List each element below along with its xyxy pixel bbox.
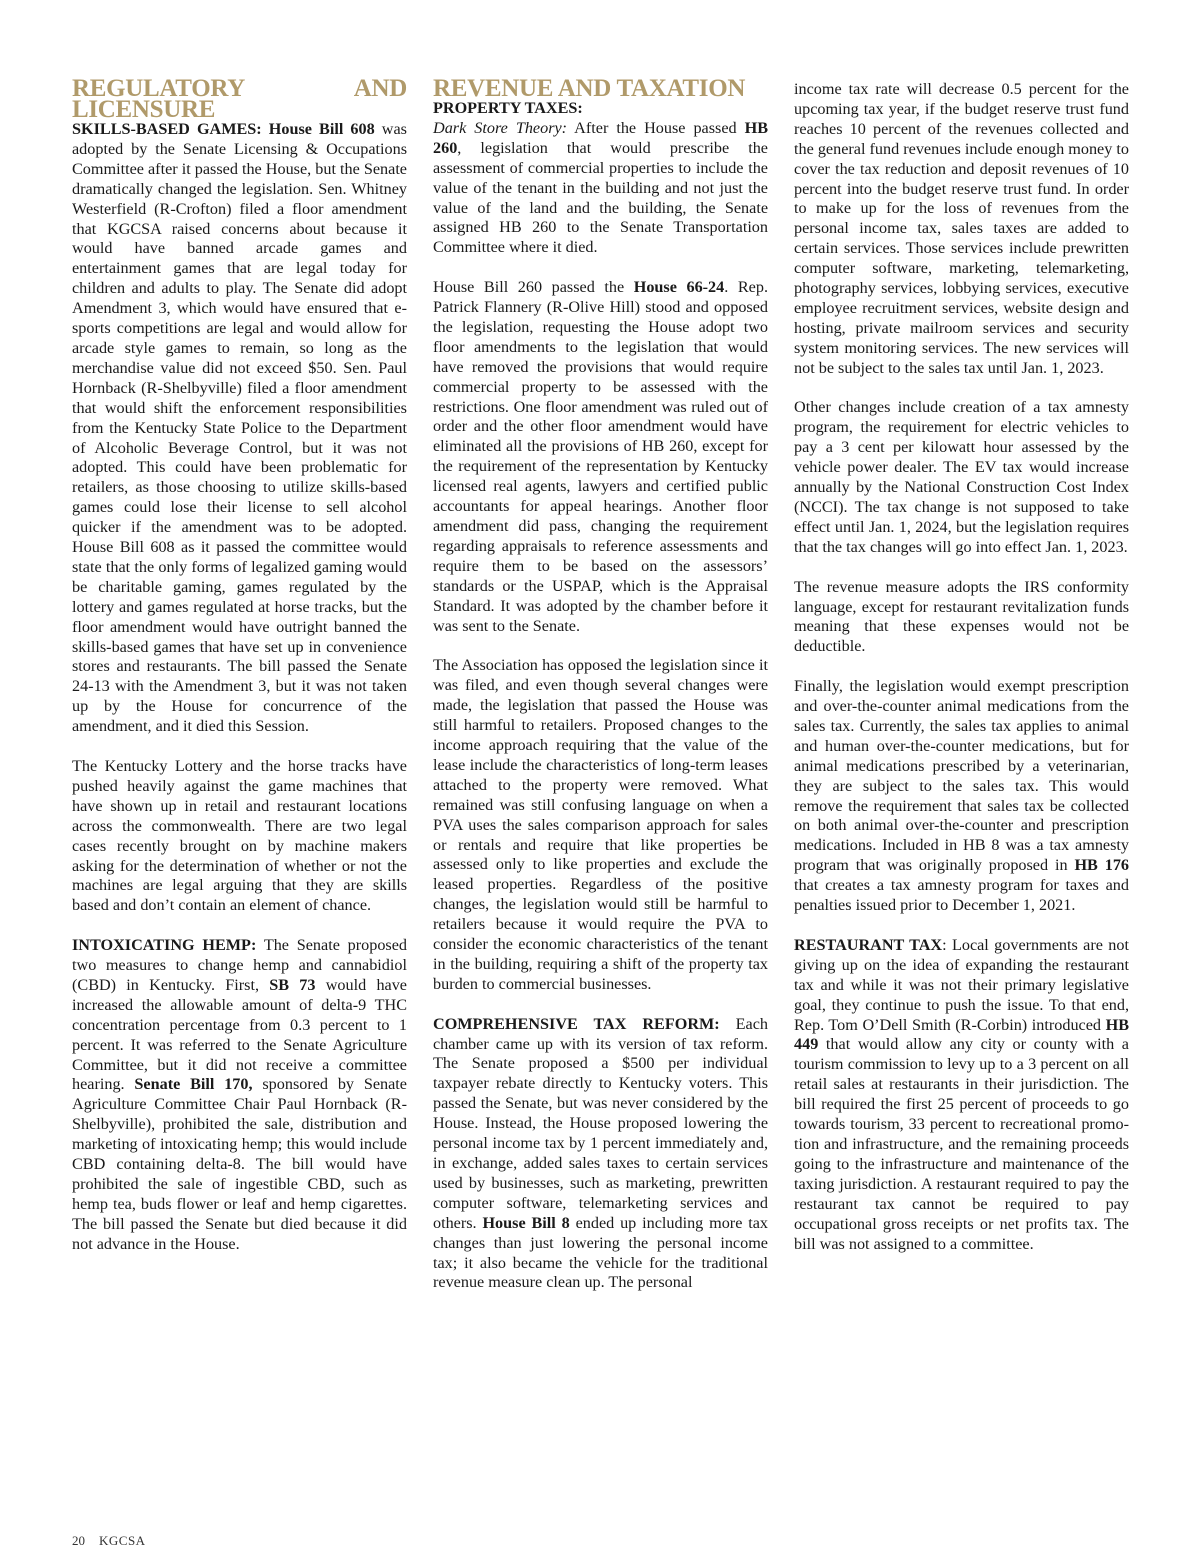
- paragraph-restaurant-tax: RESTAURANT TAX: Local governments are no…: [794, 936, 1129, 1255]
- column-regulatory: REGULATORY AND LICENSURE SKILLS-BASED GA…: [72, 78, 407, 1255]
- section-title-regulatory: REGULATORY AND LICENSURE: [72, 78, 407, 120]
- paragraph-intoxicating-hemp: INTOXICATING HEMP: The Senate proposed t…: [72, 936, 407, 1255]
- subhead-restaurant-tax: RESTAURANT TAX: [794, 936, 942, 954]
- column-revenue: REVENUE AND TAXATION PROPERTY TAXES: Dar…: [433, 78, 768, 1293]
- subhead-tax-reform: COMPREHENSIVE TAX REFORM:: [433, 1015, 720, 1033]
- paragraph-lottery: The Kentucky Lottery and the horse track…: [72, 757, 407, 916]
- subhead-skills-based-games: SKILLS-BASED GAMES: House Bill 608: [72, 120, 375, 138]
- paragraph-other-changes: Other changes include creation of a tax …: [794, 398, 1129, 557]
- section-title-revenue: REVENUE AND TAXATION: [433, 78, 768, 99]
- subhead-intoxicating-hemp: INTOXICATING HEMP:: [72, 936, 256, 954]
- page-number: 20: [72, 1533, 85, 1548]
- paragraph-animal-medications: Finally, the legislation would exempt pr…: [794, 677, 1129, 916]
- paragraph-tax-reform: COMPREHENSIVE TAX REFORM: Each chamber c…: [433, 1015, 768, 1294]
- paragraph-skills-based-games: SKILLS-BASED GAMES: House Bill 608 was a…: [72, 120, 407, 737]
- column-revenue-continued: income tax rate will decrease 0.5 percen…: [794, 80, 1129, 1254]
- paragraph-income-tax: income tax rate will decrease 0.5 percen…: [794, 80, 1129, 379]
- paragraph-hb260: House Bill 260 passed the House 66-24. R…: [433, 278, 768, 636]
- paragraph-association: The Association has opposed the legisla­…: [433, 656, 768, 994]
- paragraph-irs-conformity: The revenue measure adopts the IRS con­f…: [794, 578, 1129, 658]
- page-footer: 20KGCSA: [72, 1533, 146, 1549]
- publication-name: KGCSA: [99, 1533, 146, 1548]
- paragraph-dark-store: Dark Store Theory: After the House passe…: [433, 119, 768, 258]
